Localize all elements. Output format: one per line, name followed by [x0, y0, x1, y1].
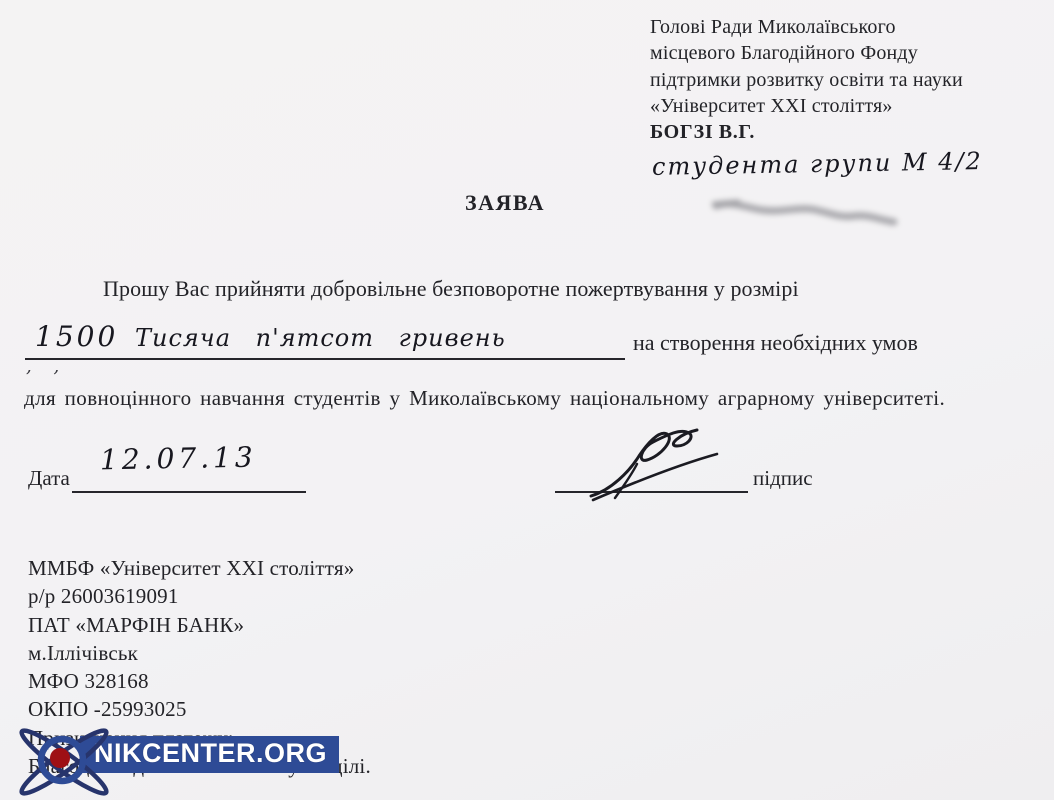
requisites-line: м.Іллічівськ: [28, 639, 371, 667]
date-blank-line: 12.07.13: [72, 442, 306, 493]
purpose-line-2: для повноцінного навчання студентів у Ми…: [24, 386, 1039, 411]
date-label: Дата: [28, 466, 70, 491]
recipient-line: Голові Ради Миколаївського: [650, 14, 1040, 40]
requisites-line: ММБФ «Університет XXI століття»: [28, 554, 371, 582]
stray-pen-marks: , ,: [26, 356, 67, 377]
recipient-name: БОГЗІ В.Г.: [650, 119, 1040, 145]
recipient-line: місцевого Благодійного Фонду: [650, 40, 1040, 66]
handwritten-applicant-line: студента групи М 4/2: [652, 147, 983, 181]
recipient-line: «Університет XXI століття»: [650, 93, 1040, 119]
signature-label: підпис: [753, 466, 813, 491]
amount-blank-line: 1500 Тисяча п'ятсот гривень: [25, 322, 625, 360]
requisites-line: МФО 328168: [28, 667, 371, 695]
handwritten-date: 12.07.13: [100, 441, 257, 477]
recipient-block: Голові Ради Миколаївського місцевого Бла…: [650, 14, 1040, 145]
scanned-document: Голові Ради Миколаївського місцевого Бла…: [0, 0, 1054, 800]
redacted-name-smudge: [712, 192, 907, 228]
handwritten-amount-words: Тисяча п'ятсот гривень: [135, 324, 506, 352]
document-title: ЗАЯВА: [420, 190, 590, 216]
nikcenter-logo-icon: [16, 716, 120, 800]
signature-scribble: [585, 424, 735, 504]
handwritten-amount-number: 1500: [35, 320, 118, 353]
requisites-line: ПАТ «МАРФІН БАНК»: [28, 611, 371, 639]
purpose-inline-text: на створення необхідних умов: [633, 330, 918, 356]
recipient-line: підтримки розвитку освіти та науки: [650, 67, 1040, 93]
requisites-line: р/р 26003619091: [28, 582, 371, 610]
request-line: Прошу Вас прийняти добровільне безповоро…: [103, 276, 799, 302]
